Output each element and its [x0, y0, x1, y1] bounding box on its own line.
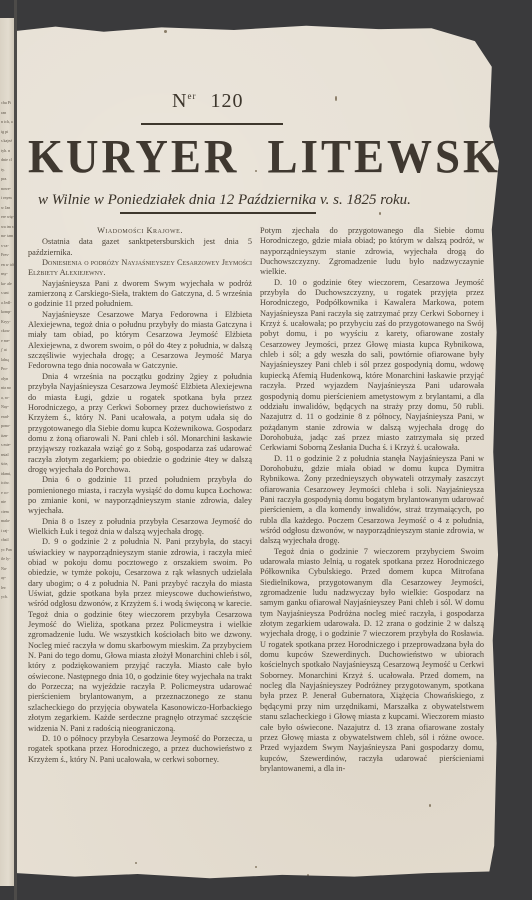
adjacent-page-text-fragment: chsil	[1, 537, 9, 542]
left-column: Wiadomości Krajowe. Ostatnia data gazet …	[28, 226, 252, 765]
masthead-rule-bottom	[120, 212, 316, 214]
adjacent-page-text-fragment: a Jedl-	[1, 300, 12, 305]
newspaper-title: KURYERLITEWSKI	[28, 130, 522, 185]
issue-number: Ner120	[172, 90, 243, 113]
adjacent-page-text-fragment: pra.	[1, 176, 7, 181]
adjacent-page-text-fragment: idami,	[1, 471, 11, 476]
masthead-rule-top	[141, 123, 283, 125]
adjacent-page-text-fragment: komp-	[1, 309, 11, 314]
paragraph: D. 9 o godzinie 2 z południa N. Pani prz…	[28, 537, 252, 734]
adjacent-page-text-fragment: ka- ale	[1, 281, 12, 286]
adjacent-page-text-fragment: nstal	[1, 452, 9, 457]
adjacent-page-text-fragment: ler:	[1, 585, 6, 590]
adjacent-page-text-fragment: nowe-	[1, 186, 11, 191]
adjacent-page-text-fragment: na- tam	[1, 233, 13, 238]
adjacent-page-text-fragment: Na-	[1, 566, 7, 571]
paragraph: Nayjaśnieysze Cesarzowe Marya Fedorowna …	[28, 310, 252, 372]
paragraph: D. 10 o północy przybyła Cesarzowa Jeymo…	[28, 734, 252, 765]
adjacent-page-text-fragment: i raj-	[1, 528, 9, 533]
adjacent-page-text-fragment: olyn	[1, 376, 8, 381]
paragraph: Ostatnia data gazet sanktpetersburskich …	[28, 237, 252, 258]
adjacent-page-text-fragment: j' at	[1, 347, 7, 352]
adjacent-page-text-fragment: ty.	[1, 167, 5, 172]
adjacent-page-text-fragment: wa im s-	[1, 224, 14, 229]
adjacent-page-text-fragment: ych.	[1, 594, 8, 599]
paragraph: Dnia 6 o godzinie 11 przed południem prz…	[28, 475, 252, 516]
adjacent-page-text-fragment: ay-	[1, 575, 6, 580]
adjacent-page-text-fragment: s kajeź	[1, 138, 12, 143]
title-word-2: LITEWSKI	[267, 131, 521, 184]
paragraph: Dnia 4 września na początku godziny 2gie…	[28, 372, 252, 475]
adjacent-page-text-fragment: ciem	[1, 509, 9, 514]
paragraph: D. 10 o godzinie 6tey wieczorem, Cesarzo…	[260, 278, 484, 454]
adjacent-page-text-fragment: Nay-	[1, 404, 9, 409]
adjacent-page-text-fragment: e me-	[1, 338, 10, 343]
adjacent-page-text-fragment: Fres-	[1, 252, 9, 257]
adjacent-page-text-fragment: itzn-	[1, 433, 8, 438]
adjacent-page-text-fragment: ig pi	[1, 129, 8, 134]
adjacent-page-text-fragment: n ich, a	[1, 119, 13, 124]
right-column: Potym zjechała do przygotowanego dla Sie…	[260, 226, 484, 774]
newspaper-page: Ner120 KURYERLITEWSKI w Wilnie w Poniedz…	[17, 24, 499, 880]
paragraph: D. 11 o godzinie 2 z południa stanęła Na…	[260, 454, 484, 547]
adjacent-page-text-fragment: nie	[1, 499, 6, 504]
paragraph: Nayjaśnieysza Pani z dworem Swym wyjecha…	[28, 279, 252, 310]
issue-number-value: 120	[210, 90, 243, 112]
paragraph: Tegoż dnia o godzinie 7 wieczorem przyby…	[260, 547, 484, 775]
adjacent-page-text-fragment: ere wię-	[1, 214, 14, 219]
paragraph: Potym zjechała do przygotowanego dla Sie…	[260, 226, 484, 278]
book-spine	[14, 0, 17, 900]
adjacent-page-text-fragment: ran	[1, 110, 6, 115]
adjacent-page-text-fragment: chu Pi	[1, 100, 11, 105]
adjacent-page-text-fragment: dnie cl	[1, 157, 12, 162]
adjacent-page-text-fragment: erad-	[1, 414, 9, 419]
adjacent-page-text-fragment: ckow	[1, 328, 10, 333]
adjacent-page-text-fragment: s uni	[1, 290, 9, 295]
title-word-1: KURYER	[28, 131, 239, 184]
adjacent-page-text-fragment: ście,	[1, 461, 8, 466]
section-heading: Wiadomości Krajowe.	[28, 226, 252, 236]
paragraph: Dnia 8 o 1szey z południa przybyła Cesar…	[28, 517, 252, 538]
adjacent-page-text-fragment: Pro-	[1, 366, 8, 371]
adjacent-page-text-fragment: pono-	[1, 423, 10, 428]
adjacent-page-text-fragment: ile ly-	[1, 556, 10, 561]
adjacent-page-text-fragment: iców.	[1, 480, 10, 485]
adjacent-page-text-fragment: i rnym	[1, 195, 12, 200]
adjacent-page-text-fragment: tyh. n	[1, 148, 10, 153]
adjacent-page-strip: chu Pirann ich, aig pis kajeźtyh. ndnie …	[0, 18, 14, 886]
adjacent-page-text-fragment: yc Pan	[1, 547, 12, 552]
adjacent-page-text-fragment: en w ich	[1, 262, 14, 267]
dateline: w Wilnie w Poniedziałek dnia 12 Paździer…	[38, 192, 411, 209]
adjacent-page-text-fragment: mala-	[1, 518, 10, 523]
adjacent-page-text-fragment: w Jan	[1, 205, 10, 210]
adjacent-page-text-fragment: s-ca-	[1, 243, 9, 248]
adjacent-page-text-fragment: lalną	[1, 357, 9, 362]
paragraph-subheading: Doniesienia o podróży Nayjaśnieyszey Ces…	[28, 258, 252, 279]
adjacent-page-text-fragment: Kryy-	[1, 319, 11, 324]
adjacent-page-text-fragment: nsy-	[1, 271, 8, 276]
adjacent-page-text-fragment: s mie-	[1, 442, 11, 447]
issue-number-prefix: N	[172, 90, 187, 112]
adjacent-page-text-fragment: nia no	[1, 385, 11, 390]
issue-number-suffix: er	[187, 91, 196, 101]
adjacent-page-text-fragment: e co-	[1, 490, 9, 495]
adjacent-page-text-fragment: a, ro-	[1, 395, 9, 400]
